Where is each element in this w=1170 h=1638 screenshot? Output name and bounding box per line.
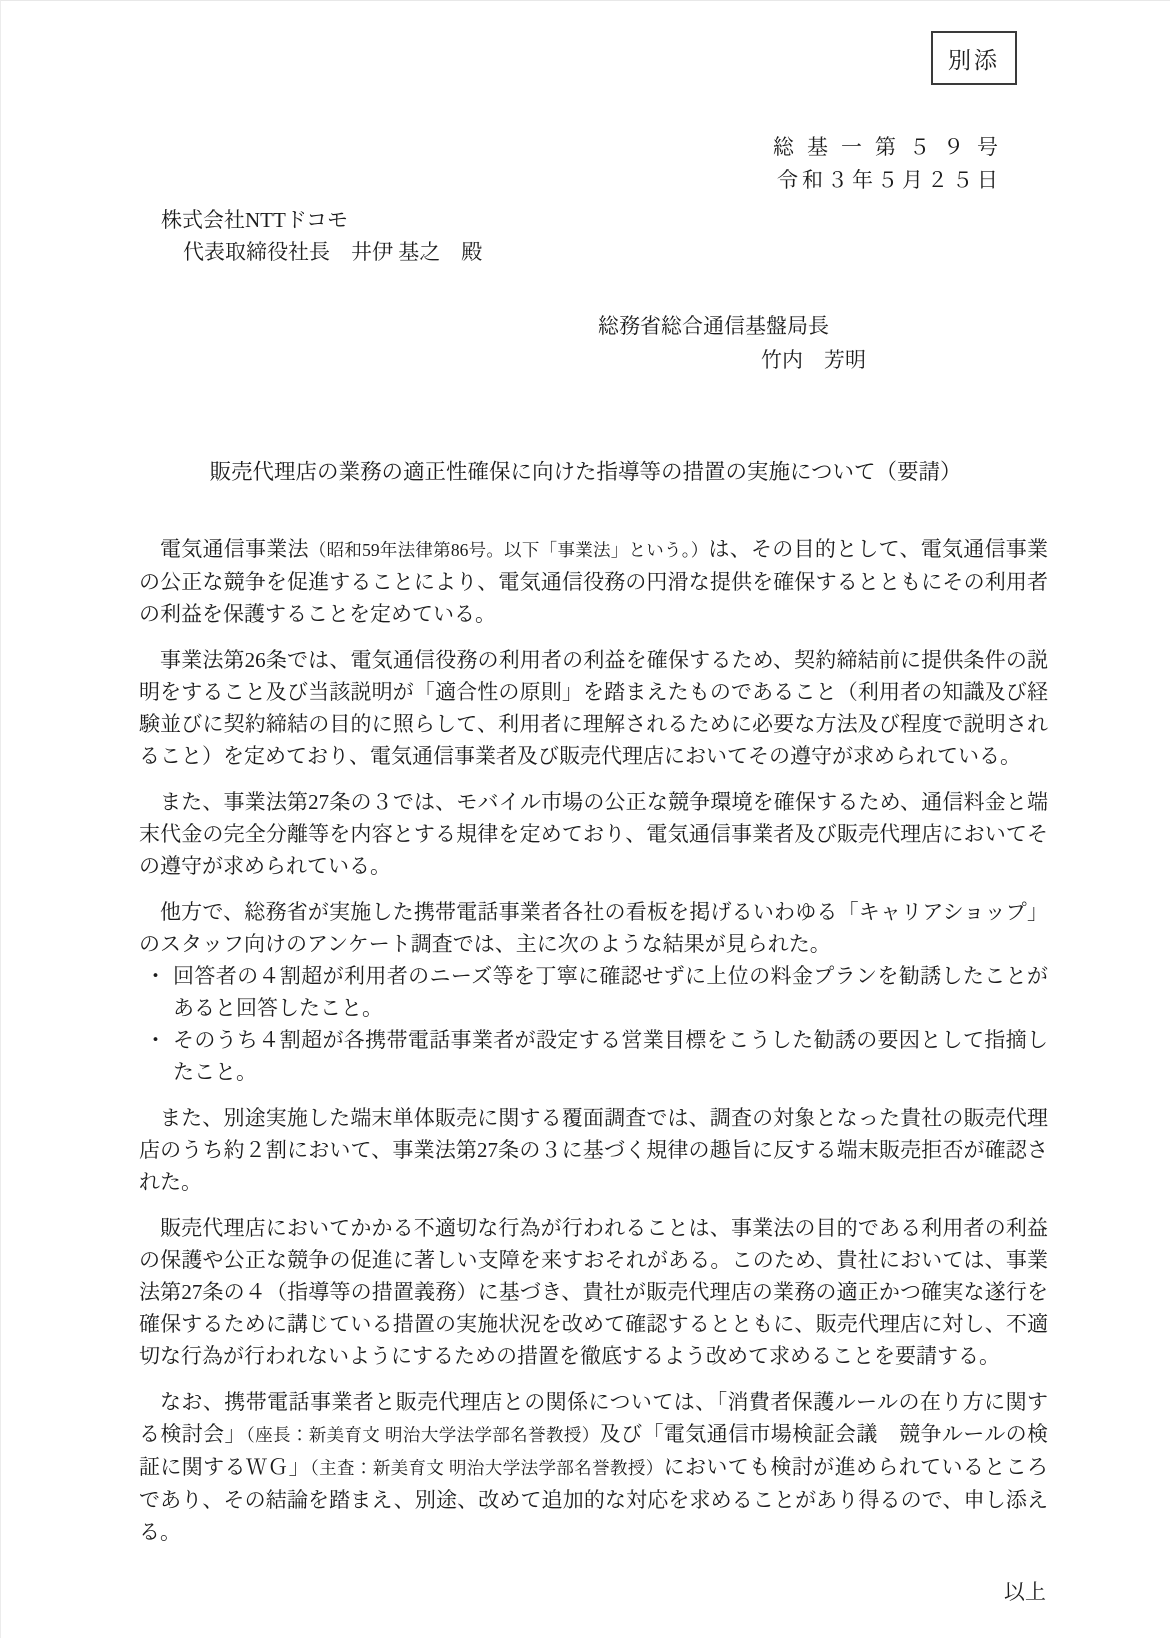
paragraphs: 電気通信事業法（昭和59年法律第86号。以下「事業法」という。）は、その目的とし… [139,533,1048,1548]
bullet-item: ・そのうち４割超が各携帯電話事業者が設定する営業目標をこうした勧誘の要因として指… [139,1024,1048,1088]
recipient-person: 代表取締役社長 井伊 基之 殿 [161,236,482,268]
sender-title: 総務省総合通信基盤局長 [598,309,866,343]
paragraph: 他方で、総務省が実施した携帯電話事業者各社の看板を掲げるいわゆる「キャリアショッ… [139,896,1048,960]
doc-date: 令和３年５月２５日 [773,164,1002,197]
attachment-label-box: 別添 [931,31,1017,85]
body-text-segment: 回答者の４割超が利用者のニーズ等を丁寧に確認せずに上位の料金プランを勧誘したこと… [173,964,1048,1020]
document-page: 別添 総基一第５９号 令和３年５月２５日 株式会社NTTドコモ 代表取締役社長 … [0,0,1170,1638]
body-text-segment: 販売代理店においてかかる不適切な行為が行われることは、事業法の目的である利用者の… [139,1216,1048,1368]
bullet-marker: ・ [145,1024,166,1056]
body-text-segment: （昭和59年法律第86号。以下「事業法」という。） [309,540,709,560]
body-text: 電気通信事業法（昭和59年法律第86号。以下「事業法」という。）は、その目的とし… [139,533,1048,1608]
paragraph: なお、携帯電話事業者と販売代理店との関係については、「消費者保護ルールの在り方に… [139,1386,1048,1548]
body-text-segment: （主査：新美育文 明治大学法学部名誉教授） [310,1458,664,1478]
bullet-item: ・回答者の４割超が利用者のニーズ等を丁寧に確認せずに上位の料金プランを勧誘したこ… [139,960,1048,1024]
closing-statement: 以上 [139,1576,1048,1608]
paragraph: 電気通信事業法（昭和59年法律第86号。以下「事業法」という。）は、その目的とし… [139,533,1048,630]
body-text-segment: そのうち４割超が各携帯電話事業者が設定する営業目標をこうした勧誘の要因として指摘… [173,1028,1048,1084]
doc-meta: 総基一第５９号 令和３年５月２５日 [773,131,998,197]
paragraph: また、別途実施した端末単体販売に関する覆面調査では、調査の対象となった貴社の販売… [139,1102,1048,1198]
recipient-company: 株式会社NTTドコモ [161,204,482,236]
body-text-segment: 事業法第26条では、電気通信役務の利用者の利益を確保するため、契約締結前に提供条… [139,648,1048,768]
body-text-segment: 他方で、総務省が実施した携帯電話事業者各社の看板を掲げるいわゆる「キャリアショッ… [139,900,1048,956]
doc-number: 総基一第５９号 [773,131,1011,164]
sender-block: 総務省総合通信基盤局長 竹内 芳明 [598,309,866,377]
sender-name: 竹内 芳明 [598,343,866,377]
body-text-segment: また、別途実施した端末単体販売に関する覆面調査では、調査の対象となった貴社の販売… [139,1106,1048,1194]
bullet-marker: ・ [145,960,166,992]
subject-title: 販売代理店の業務の適正性確保に向けた指導等の措置の実施について（要請） [1,455,1170,486]
paragraph: 販売代理店においてかかる不適切な行為が行われることは、事業法の目的である利用者の… [139,1212,1048,1372]
body-text-segment: （座長：新美育文 明治大学法学部名誉教授） [246,1425,600,1445]
recipient-block: 株式会社NTTドコモ 代表取締役社長 井伊 基之 殿 [161,204,482,268]
body-text-segment: 電気通信事業法 [160,537,309,561]
paragraph: また、事業法第27条の３では、モバイル市場の公正な競争環境を確保するため、通信料… [139,786,1048,882]
attachment-label: 別添 [948,42,1000,75]
body-text-segment: また、事業法第27条の３では、モバイル市場の公正な競争環境を確保するため、通信料… [139,790,1048,878]
paragraph: 事業法第26条では、電気通信役務の利用者の利益を確保するため、契約締結前に提供条… [139,644,1048,772]
